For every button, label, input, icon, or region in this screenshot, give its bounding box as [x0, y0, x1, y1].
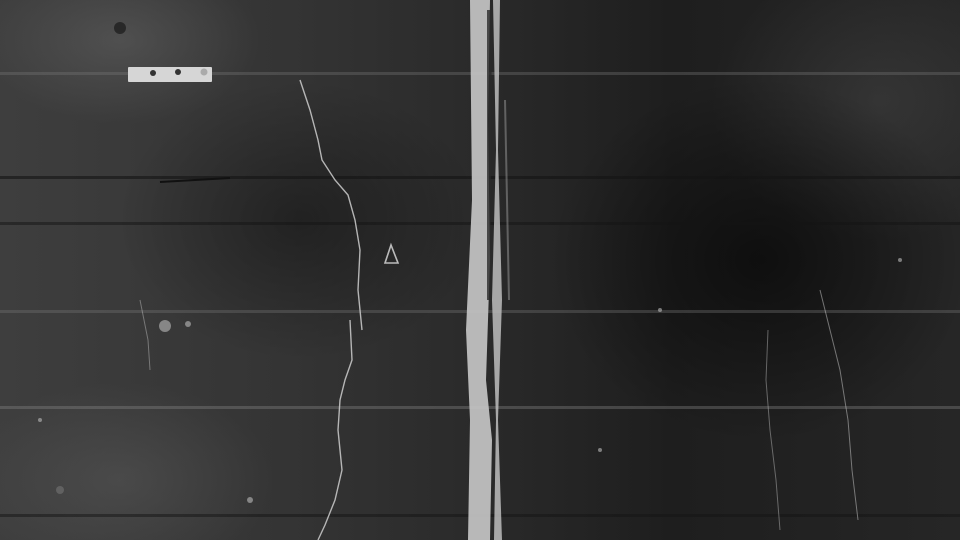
- concrete-wall-photo: [0, 0, 960, 540]
- paint-drip-streak: [466, 0, 510, 540]
- wall-scratch: [160, 178, 230, 182]
- metal-bracket: [128, 67, 212, 82]
- chalk-triangle-mark: [385, 245, 398, 263]
- wall-details: [0, 0, 960, 540]
